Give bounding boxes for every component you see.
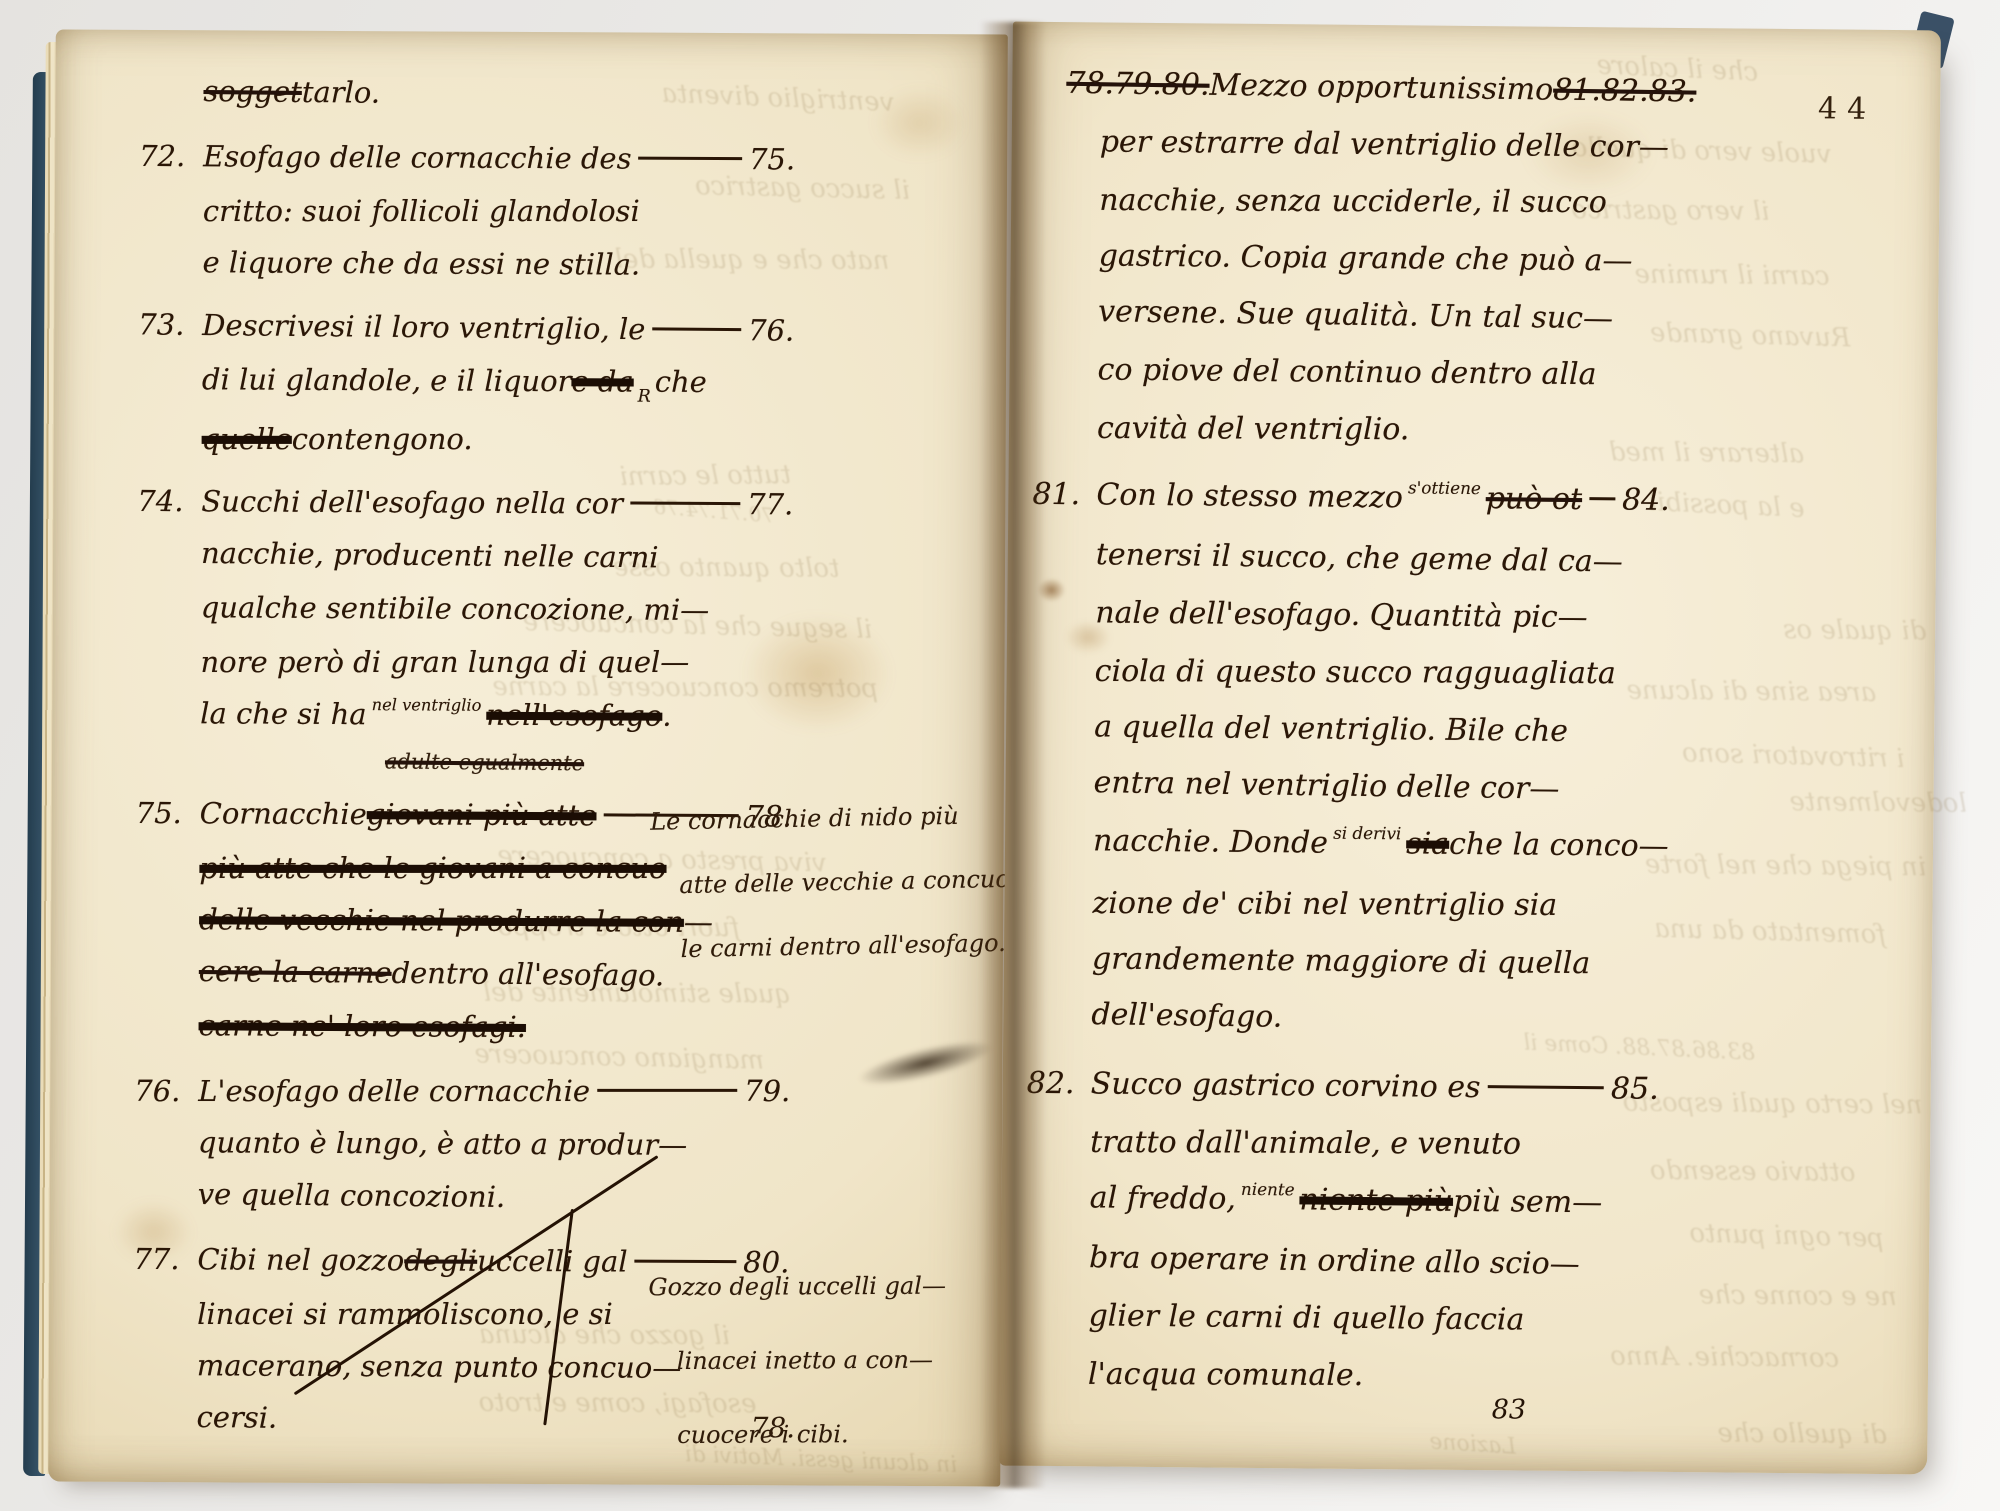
- margin-number: 84.: [1622, 471, 1670, 528]
- handwritten-text: tratto dall'animale, e venuto: [1090, 1114, 1521, 1173]
- right-page-text: 78.79.80. Mezzo opportunissimo 81.82.83.…: [1088, 56, 1669, 1406]
- handwritten-text: nacchie. Donde: [1093, 812, 1328, 871]
- bleedthrough-text: per ogni punto: [1689, 1218, 1884, 1253]
- struck-text: 81.82.83.: [1553, 62, 1697, 121]
- paper-stain: [1037, 578, 1065, 602]
- margin-number: 76.: [748, 304, 795, 357]
- paragraph-number: 77.: [133, 1233, 179, 1286]
- paragraph-number: 76.: [134, 1065, 180, 1118]
- handwritten-text: nacchie, producenti nelle carni: [201, 527, 659, 584]
- manuscript-line: critto: suoi follicoli glandolosi: [203, 185, 795, 238]
- handwritten-text: più sem—: [1453, 1173, 1603, 1231]
- paragraph-number: 81.: [1032, 466, 1080, 523]
- bleedthrough-text: Ruvano grande: [1650, 318, 1851, 353]
- margin-note-line: Gozzo degli uccelli gal—: [648, 1249, 946, 1325]
- margin-number: 77.: [747, 478, 793, 531]
- manuscript-line: quelle contengono.: [202, 413, 794, 466]
- handwritten-text: grandemente maggiore di quella: [1092, 930, 1591, 992]
- manuscript-line: gastrico. Copia grande che può a—: [1098, 227, 1667, 289]
- manuscript-line: ciola di questo succo ragguagliata: [1095, 643, 1663, 702]
- margin-number: 85.: [1611, 1060, 1659, 1117]
- handwritten-text: dell'esofago.: [1091, 986, 1283, 1046]
- interlinear-insertion: nel ventriglio: [372, 678, 482, 732]
- handwritten-text: Con lo stesso mezzo: [1096, 466, 1403, 526]
- struck-text: cere la carne: [199, 945, 392, 1000]
- manuscript-line: adulte egualmente: [385, 746, 792, 780]
- interlinear-insertion: si derivi: [1333, 804, 1402, 862]
- struck-text: e da: [571, 355, 634, 408]
- margin-note-line: cuocere i cibi.: [677, 1397, 947, 1472]
- handwritten-text: L'esofago delle cornacchie: [198, 1065, 590, 1118]
- manuscript-line: versene. Sue qualità. Un tal suc—: [1098, 283, 1667, 348]
- handwritten-text: Esofago delle cornacchie des: [203, 130, 632, 185]
- manuscript-line: 78.79.80. Mezzo opportunissimo 81.82.83.: [1066, 55, 1669, 120]
- handwritten-text: al freddo,: [1089, 1169, 1236, 1227]
- corner-mark: 83: [1492, 1394, 1527, 1425]
- bleedthrough-text: di quello che: [1717, 1418, 1887, 1450]
- paragraph-number: 75.: [136, 787, 182, 840]
- handwritten-text: Mezzo opportunissimo: [1209, 57, 1554, 119]
- manuscript-line: e liquore che da essi ne stilla.: [202, 236, 794, 292]
- struck-text: può ot: [1486, 470, 1583, 528]
- dash-filler: [1589, 497, 1615, 500]
- handwritten-text: gastrico. Copia grande che può a—: [1098, 227, 1632, 289]
- paragraph-number: 74.: [137, 475, 183, 528]
- handwritten-text: nale dell'esofago. Quantità pic—: [1095, 584, 1588, 646]
- dash-filler: [630, 502, 740, 506]
- bleedthrough-text: e la possibil: [1648, 487, 1805, 524]
- handwritten-text: Succhi dell'esofago nella cor: [201, 475, 623, 530]
- paragraph-number: 73.: [138, 298, 185, 351]
- dash-filler: [652, 327, 741, 331]
- manuscript-line: soggettarlo.: [203, 65, 795, 124]
- manuscript-line: nacchie. Donde si derivisia che la conco…: [1093, 812, 1662, 878]
- handwritten-text: contengono.: [292, 413, 473, 466]
- struck-text: più atte che le giovani a concuo: [199, 842, 666, 895]
- handwritten-text: per estrarre dal ventriglio delle cor—: [1100, 113, 1670, 175]
- manuscript-line: co piove del continuo dentro alla: [1097, 341, 1666, 403]
- handwritten-text: versene. Sue qualità. Un tal suc—: [1098, 283, 1614, 347]
- manuscript-line: 76.L'esofago delle cornacchie79.: [198, 1065, 790, 1118]
- bleedthrough-text: fomentato da una: [1654, 914, 1887, 950]
- manuscript-line: nacchie, producenti nelle carni: [201, 527, 793, 586]
- manuscript-line: qualche sentibile concozione, mi—: [201, 581, 793, 637]
- bleedthrough-text: ne e conne che: [1699, 1280, 1897, 1312]
- margin-note-line: linacei inetto a con—: [677, 1323, 947, 1398]
- handwritten-text: critto: suoi follicoli glandolosi: [203, 185, 640, 238]
- handwritten-text: quanto è lungo, è atto a produr—: [198, 1116, 687, 1172]
- manuscript-line: nacchie, senza ucciderle, il succo: [1099, 172, 1667, 231]
- margin-note-80: Gozzo degli uccelli gal—linacei inetto a…: [648, 1249, 947, 1473]
- handwritten-text: Cornacchie: [200, 787, 367, 841]
- paragraph-number: 82.: [1026, 1055, 1074, 1112]
- interlinear-insertion: niente: [1241, 1161, 1295, 1219]
- handwritten-text: Descrivesi il loro ventriglio, le: [202, 299, 646, 356]
- margin-number: 79.: [744, 1065, 790, 1118]
- handwritten-text: tarlo.: [302, 66, 381, 120]
- manuscript-line: 73.Descrivesi il loro ventriglio, le76.: [202, 299, 794, 358]
- struck-text: nell'esofago: [486, 689, 662, 743]
- right-page: che il calorevuole vero di quelloil vero…: [999, 22, 1941, 1475]
- struck-text: 78.79.80.: [1066, 55, 1210, 114]
- right-page-number: 44: [1818, 91, 1877, 127]
- struck-text: quelle: [202, 413, 292, 466]
- bleedthrough-text: area sine di alcune: [1626, 676, 1876, 708]
- manuscript-line: quanto è lungo, è atto a produr—: [198, 1116, 790, 1172]
- left-page-text: soggettarlo.72.Esofago delle cornacchie …: [196, 66, 795, 1448]
- manuscript-line: nore però di gran lunga di quel—: [201, 636, 793, 689]
- manuscript-line: l'acqua comunale.: [1088, 1346, 1656, 1405]
- handwritten-text: ciola di questo succo ragguagliata: [1095, 643, 1616, 702]
- handwritten-text: .: [662, 690, 671, 743]
- manuscript-line: al freddo, nienteniente più più sem—: [1089, 1169, 1658, 1235]
- margin-number: 75.: [749, 133, 795, 186]
- dash-filler: [1488, 1085, 1605, 1089]
- handwritten-text: qualche sentibile concozione, mi—: [201, 581, 710, 637]
- paragraph-number: 72.: [139, 130, 185, 183]
- open-manuscript-book: ventriglio diventail succo gastriconato …: [28, 6, 1963, 1502]
- manuscript-line: glier le carni di quello faccia: [1088, 1287, 1657, 1349]
- bleedthrough-text: lodevolmente: [1789, 787, 1967, 819]
- manuscript-line: per estrarre dal ventriglio delle cor—: [1100, 113, 1669, 175]
- struck-text: carne ne' loro esofagi.: [198, 999, 526, 1054]
- handwritten-text: Cibi nel gozzo: [197, 1233, 404, 1287]
- interlinear-insertion: s'ottiene: [1408, 459, 1481, 517]
- handwritten-text: nacchie, senza ucciderle, il succo: [1099, 172, 1607, 231]
- manuscript-line: 72.Esofago delle cornacchie des75.: [203, 130, 795, 186]
- handwritten-text: entra nel ventriglio delle cor—: [1093, 754, 1560, 817]
- handwritten-text: che: [655, 356, 707, 409]
- manuscript-line: 82.Succo gastrico corvino es85.: [1090, 1055, 1659, 1117]
- struck-text: adulte egualmente: [385, 746, 584, 778]
- manuscript-line: grandemente maggiore di quella: [1092, 930, 1661, 992]
- handwritten-text: co piove del continuo dentro alla: [1097, 341, 1596, 403]
- manuscript-line: la che si ha nel ventriglionell'esofago.: [200, 687, 792, 747]
- handwritten-text: che la conco—: [1449, 816, 1669, 875]
- paper-stain: [871, 86, 967, 161]
- ink-smudge: [855, 1032, 996, 1094]
- margin-note-78: Le cornacchie di nido piùatte delle vecc…: [650, 782, 1065, 982]
- manuscript-line: carne ne' loro esofagi.: [198, 999, 790, 1055]
- handwritten-text: la che si ha: [200, 687, 367, 741]
- bleedthrough-text: Lazione: [1429, 1429, 1517, 1459]
- manuscript-line: 81.Con lo stesso mezzo s'ottienepuò ot84…: [1096, 466, 1665, 532]
- manuscript-line: zione de' cibi nel ventriglio sia: [1092, 875, 1660, 934]
- struck-text: sia: [1406, 815, 1449, 872]
- handwritten-text: glier le carni di quello faccia: [1088, 1287, 1524, 1348]
- manuscript-line: 74.Succhi dell'esofago nella cor77.: [201, 475, 793, 531]
- handwritten-text: zione de' cibi nel ventriglio sia: [1092, 875, 1557, 934]
- handwritten-text: bra operare in ordine allo scio—: [1089, 1229, 1580, 1293]
- manuscript-line: tenersi il succo, che geme dal ca—: [1095, 526, 1664, 591]
- manuscript-line: bra operare in ordine allo scio—: [1089, 1229, 1658, 1294]
- handwritten-text: dentro all'esofago.: [391, 947, 664, 1003]
- bleedthrough-text: nel certo quali esposto: [1622, 1087, 1922, 1120]
- dash-filler: [597, 1089, 737, 1092]
- handwritten-text: a quella del ventriglio. Bile che: [1094, 698, 1568, 760]
- margin-note-line: Le cornacchie di nido più: [650, 782, 1063, 854]
- struck-text: giovani più atte: [367, 788, 597, 842]
- handwritten-text: cersi.: [196, 1391, 277, 1445]
- bleedthrough-text: i ritrovatori sono: [1682, 738, 1905, 774]
- right-page-bleedthrough: che il calorevuole vero di quelloil vero…: [1013, 22, 1941, 31]
- handwritten-text: macerano, senza punto concuo—: [197, 1339, 682, 1395]
- handwritten-text: di lui glandole, e il liquor: [202, 353, 572, 408]
- handwritten-text: tenersi il succo, che geme dal ca—: [1095, 526, 1623, 590]
- manuscript-line: cavità del ventriglio.: [1097, 400, 1665, 459]
- bleedthrough-text: ottavio essendo: [1650, 1156, 1856, 1188]
- bleedthrough-text: di quale os: [1783, 615, 1926, 646]
- left-page-number: 78.: [750, 1411, 795, 1444]
- manuscript-line: ve quella concozioni.: [197, 1168, 789, 1227]
- handwritten-text: ve quella concozioni.: [197, 1168, 505, 1224]
- handwritten-text: linacei si rammoliscono, e si: [197, 1288, 613, 1341]
- manuscript-line: di lui glandole, e il liquore daR che: [202, 353, 794, 414]
- handwritten-text: cavità del ventriglio.: [1097, 400, 1410, 458]
- manuscript-line: tratto dall'animale, e venuto: [1090, 1114, 1658, 1173]
- struck-text: sogget: [203, 65, 302, 119]
- struck-text: delle vecchie nel produrre la con: [199, 893, 684, 949]
- manuscript-line: dell'esofago.: [1091, 986, 1660, 1051]
- bleedthrough-text: in piega che nel forte: [1645, 850, 1927, 883]
- handwritten-text: l'acqua comunale.: [1088, 1346, 1363, 1404]
- handwritten-text: Succo gastrico corvino es: [1090, 1055, 1480, 1116]
- manuscript-line: a quella del ventriglio. Bile che: [1094, 698, 1663, 760]
- struck-text: niente più: [1299, 1171, 1453, 1229]
- manuscript-line: nale dell'esofago. Quantità pic—: [1095, 584, 1664, 646]
- left-page: ventriglio diventail succo gastriconato …: [48, 30, 1008, 1487]
- handwritten-text: e liquore che da essi ne stilla.: [202, 236, 640, 291]
- dash-filler: [639, 157, 742, 161]
- left-page-bleedthrough: ventriglio diventail succo gastriconato …: [56, 30, 1008, 35]
